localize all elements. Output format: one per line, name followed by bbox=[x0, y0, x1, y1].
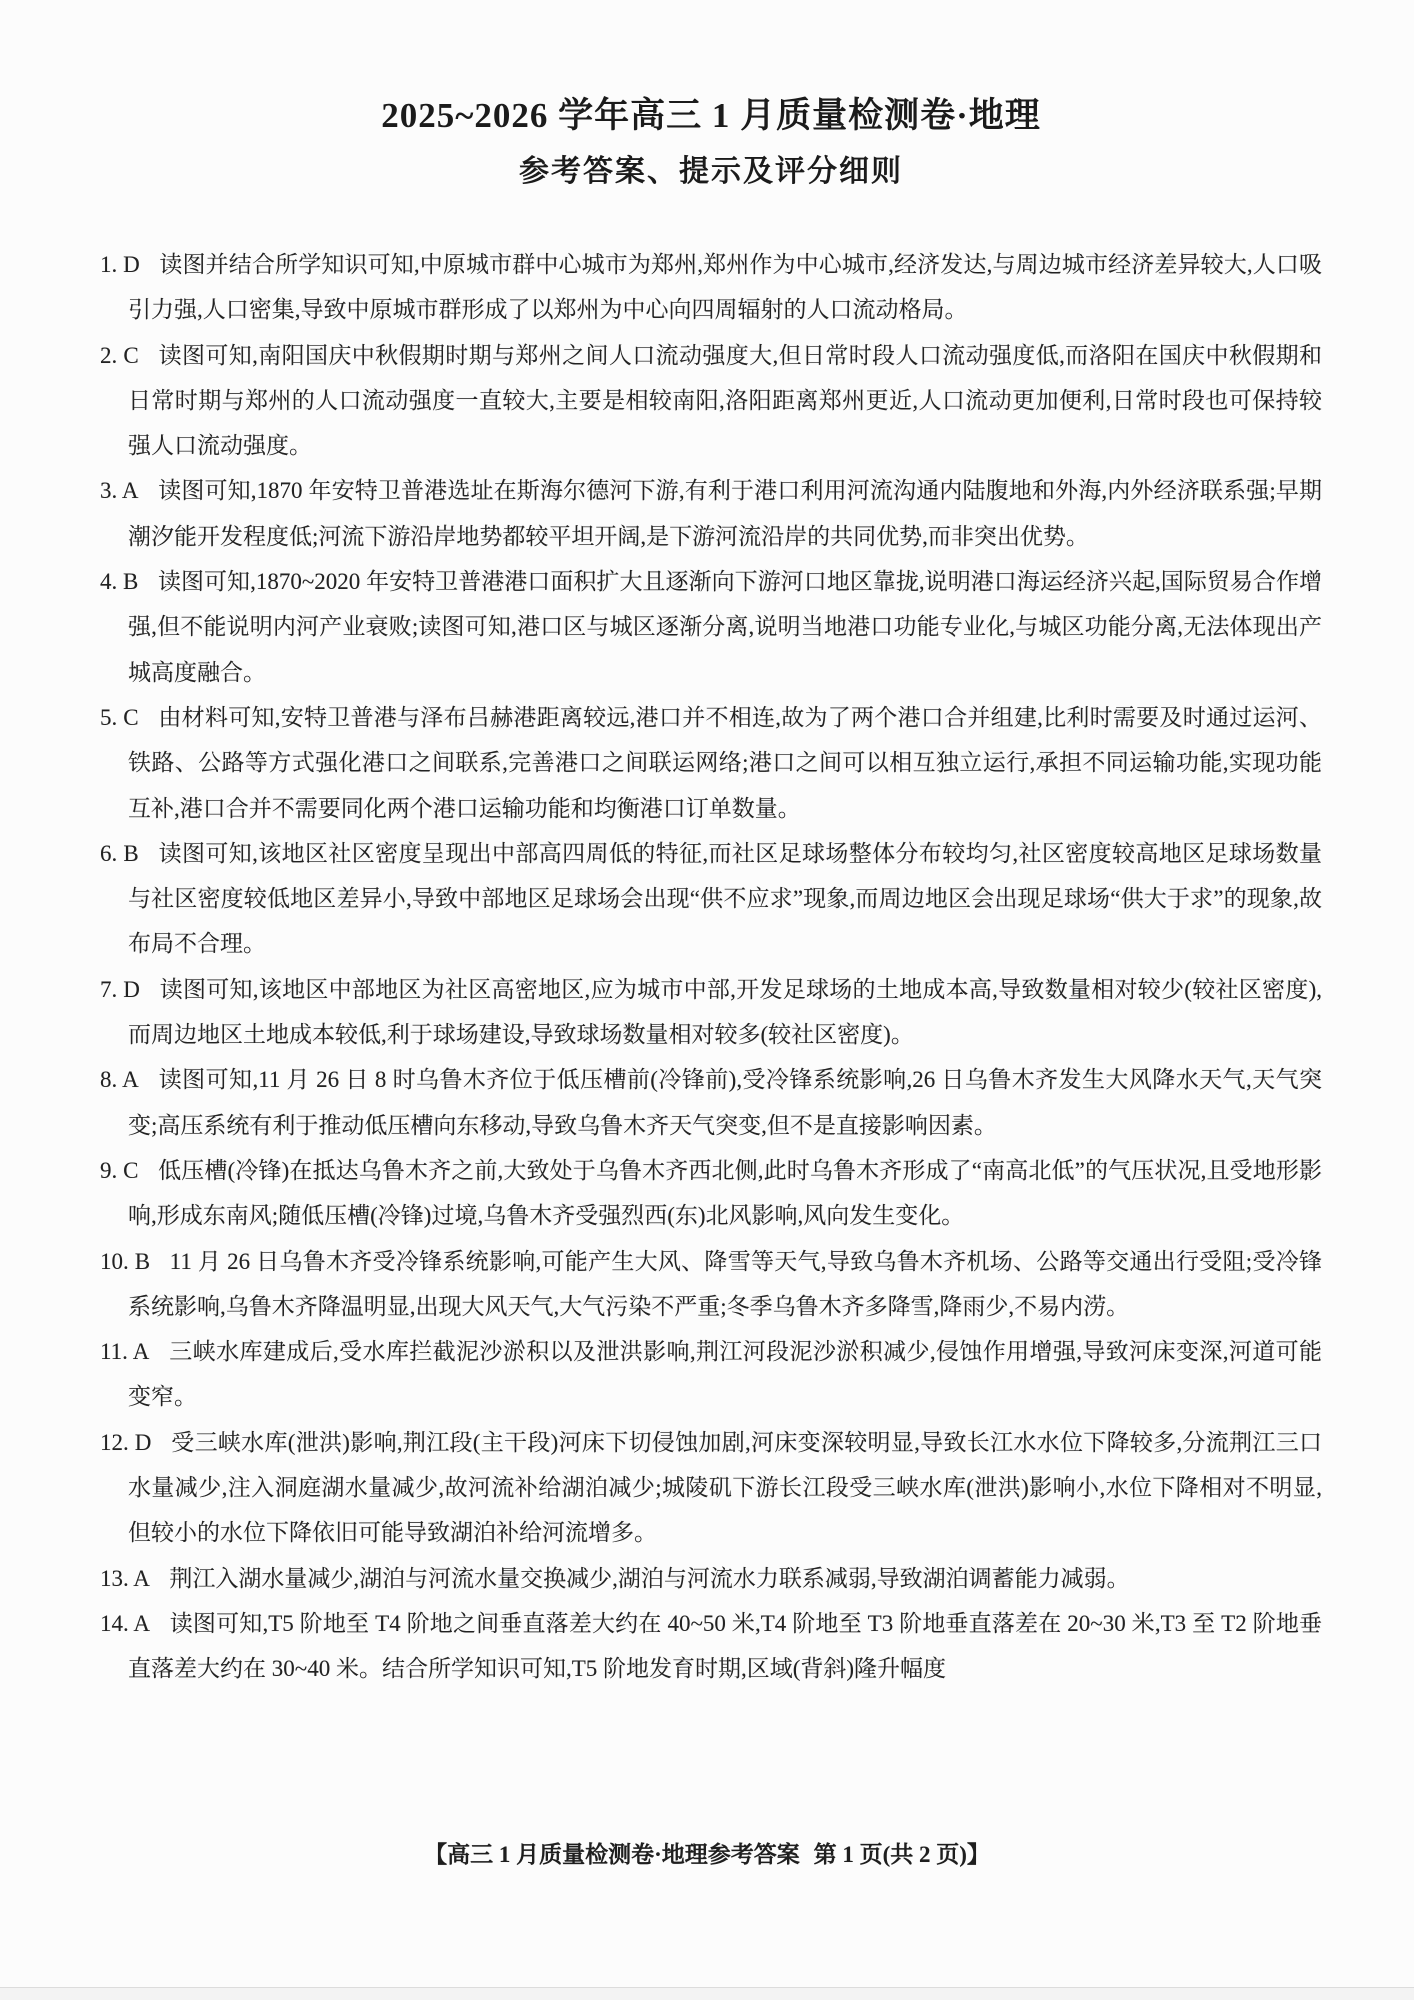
answer-item-2: 2. C读图可知,南阳国庆中秋假期时期与郑州之间人口流动强度大,但日常时段人口流… bbox=[100, 333, 1322, 469]
answer-text: 由材料可知,安特卫普港与泽布吕赫港距离较远,港口并不相连,故为了两个港口合并组建… bbox=[128, 705, 1322, 821]
answer-number: 4. B bbox=[100, 569, 138, 594]
answer-item-10: 10. B11 月 26 日乌鲁木齐受冷锋系统影响,可能产生大风、降雪等天气,导… bbox=[100, 1239, 1322, 1330]
answer-list: 1. D读图并结合所学知识可知,中原城市群中心城市为郑州,郑州作为中心城市,经济… bbox=[100, 242, 1322, 1692]
answer-text: 三峡水库建成后,受水库拦截泥沙淤积以及泄洪影响,荆江河段泥沙淤积减少,侵蚀作用增… bbox=[128, 1339, 1322, 1409]
answer-number: 14. A bbox=[100, 1611, 150, 1636]
answer-number: 10. B bbox=[100, 1249, 150, 1274]
document-content: 2025~2026 学年高三 1 月质量检测卷·地理 参考答案、提示及评分细则 … bbox=[100, 88, 1322, 1692]
scan-edge bbox=[0, 1987, 1414, 2000]
answer-item-7: 7. D读图可知,该地区中部地区为社区高密地区,应为城市中部,开发足球场的土地成… bbox=[100, 967, 1322, 1058]
answer-item-13: 13. A荆江入湖水量减少,湖泊与河流水量交换减少,湖泊与河流水力联系减弱,导致… bbox=[100, 1556, 1322, 1601]
answer-text: 11 月 26 日乌鲁木齐受冷锋系统影响,可能产生大风、降雪等天气,导致乌鲁木齐… bbox=[128, 1249, 1322, 1319]
answer-item-6: 6. B读图可知,该地区社区密度呈现出中部高四周低的特征,而社区足球场整体分布较… bbox=[100, 831, 1322, 967]
page-subtitle: 参考答案、提示及评分细则 bbox=[100, 146, 1322, 190]
answer-text: 受三峡水库(泄洪)影响,荆江段(主干段)河床下切侵蚀加剧,河床变深较明显,导致长… bbox=[128, 1430, 1322, 1546]
answer-text: 读图可知,11 月 26 日 8 时乌鲁木齐位于低压槽前(冷锋前),受冷锋系统影… bbox=[128, 1067, 1322, 1137]
answer-text: 读图可知,该地区社区密度呈现出中部高四周低的特征,而社区足球场整体分布较均匀,社… bbox=[128, 841, 1322, 957]
answer-text: 读图并结合所学知识可知,中原城市群中心城市为郑州,郑州作为中心城市,经济发达,与… bbox=[128, 252, 1322, 322]
answer-item-9: 9. C低压槽(冷锋)在抵达乌鲁木齐之前,大致处于乌鲁木齐西北侧,此时乌鲁木齐形… bbox=[100, 1148, 1322, 1239]
document-page: 2025~2026 学年高三 1 月质量检测卷·地理 参考答案、提示及评分细则 … bbox=[0, 0, 1414, 2000]
answer-text: 读图可知,该地区中部地区为社区高密地区,应为城市中部,开发足球场的土地成本高,导… bbox=[128, 977, 1322, 1047]
answer-item-4: 4. B读图可知,1870~2020 年安特卫普港港口面积扩大且逐渐向下游河口地… bbox=[100, 559, 1322, 695]
answer-item-11: 11. A三峡水库建成后,受水库拦截泥沙淤积以及泄洪影响,荆江河段泥沙淤积减少,… bbox=[100, 1329, 1322, 1420]
answer-number: 1. D bbox=[100, 252, 140, 277]
answer-text: 读图可知,1870 年安特卫普港选址在斯海尔德河下游,有利于港口利用河流沟通内陆… bbox=[128, 478, 1322, 548]
answer-number: 12. D bbox=[100, 1430, 151, 1455]
answer-number: 8. A bbox=[100, 1067, 139, 1092]
answer-item-3: 3. A读图可知,1870 年安特卫普港选址在斯海尔德河下游,有利于港口利用河流… bbox=[100, 468, 1322, 559]
answer-number: 9. C bbox=[100, 1158, 138, 1183]
answer-text: 低压槽(冷锋)在抵达乌鲁木齐之前,大致处于乌鲁木齐西北侧,此时乌鲁木齐形成了“南… bbox=[128, 1158, 1322, 1228]
answer-number: 3. A bbox=[100, 478, 139, 503]
answer-item-14: 14. A读图可知,T5 阶地至 T4 阶地之间垂直落差大约在 40~50 米,… bbox=[100, 1601, 1322, 1692]
answer-item-5: 5. C由材料可知,安特卫普港与泽布吕赫港距离较远,港口并不相连,故为了两个港口… bbox=[100, 695, 1322, 831]
footer-page-number: 第 1 页(共 2 页)】 bbox=[814, 1842, 990, 1867]
answer-number: 7. D bbox=[100, 977, 140, 1002]
answer-text: 读图可知,1870~2020 年安特卫普港港口面积扩大且逐渐向下游河口地区靠拢,… bbox=[128, 569, 1322, 685]
answer-number: 2. C bbox=[100, 343, 139, 368]
answer-number: 11. A bbox=[100, 1339, 149, 1364]
answer-number: 13. A bbox=[100, 1566, 150, 1591]
page-title: 2025~2026 学年高三 1 月质量检测卷·地理 bbox=[100, 88, 1322, 138]
footer-document-name: 【高三 1 月质量检测卷·地理参考答案 bbox=[424, 1842, 800, 1867]
answer-text: 荆江入湖水量减少,湖泊与河流水量交换减少,湖泊与河流水力联系减弱,导致湖泊调蓄能… bbox=[169, 1566, 1129, 1591]
answer-text: 读图可知,T5 阶地至 T4 阶地之间垂直落差大约在 40~50 米,T4 阶地… bbox=[128, 1611, 1322, 1681]
answer-item-8: 8. A读图可知,11 月 26 日 8 时乌鲁木齐位于低压槽前(冷锋前),受冷… bbox=[100, 1057, 1322, 1148]
page-footer: 【高三 1 月质量检测卷·地理参考答案第 1 页(共 2 页)】 bbox=[0, 1836, 1414, 1869]
answer-number: 6. B bbox=[100, 841, 139, 866]
answer-item-1: 1. D读图并结合所学知识可知,中原城市群中心城市为郑州,郑州作为中心城市,经济… bbox=[100, 242, 1322, 333]
answer-number: 5. C bbox=[100, 705, 139, 730]
answer-item-12: 12. D受三峡水库(泄洪)影响,荆江段(主干段)河床下切侵蚀加剧,河床变深较明… bbox=[100, 1420, 1322, 1556]
answer-text: 读图可知,南阳国庆中秋假期时期与郑州之间人口流动强度大,但日常时段人口流动强度低… bbox=[128, 343, 1322, 459]
